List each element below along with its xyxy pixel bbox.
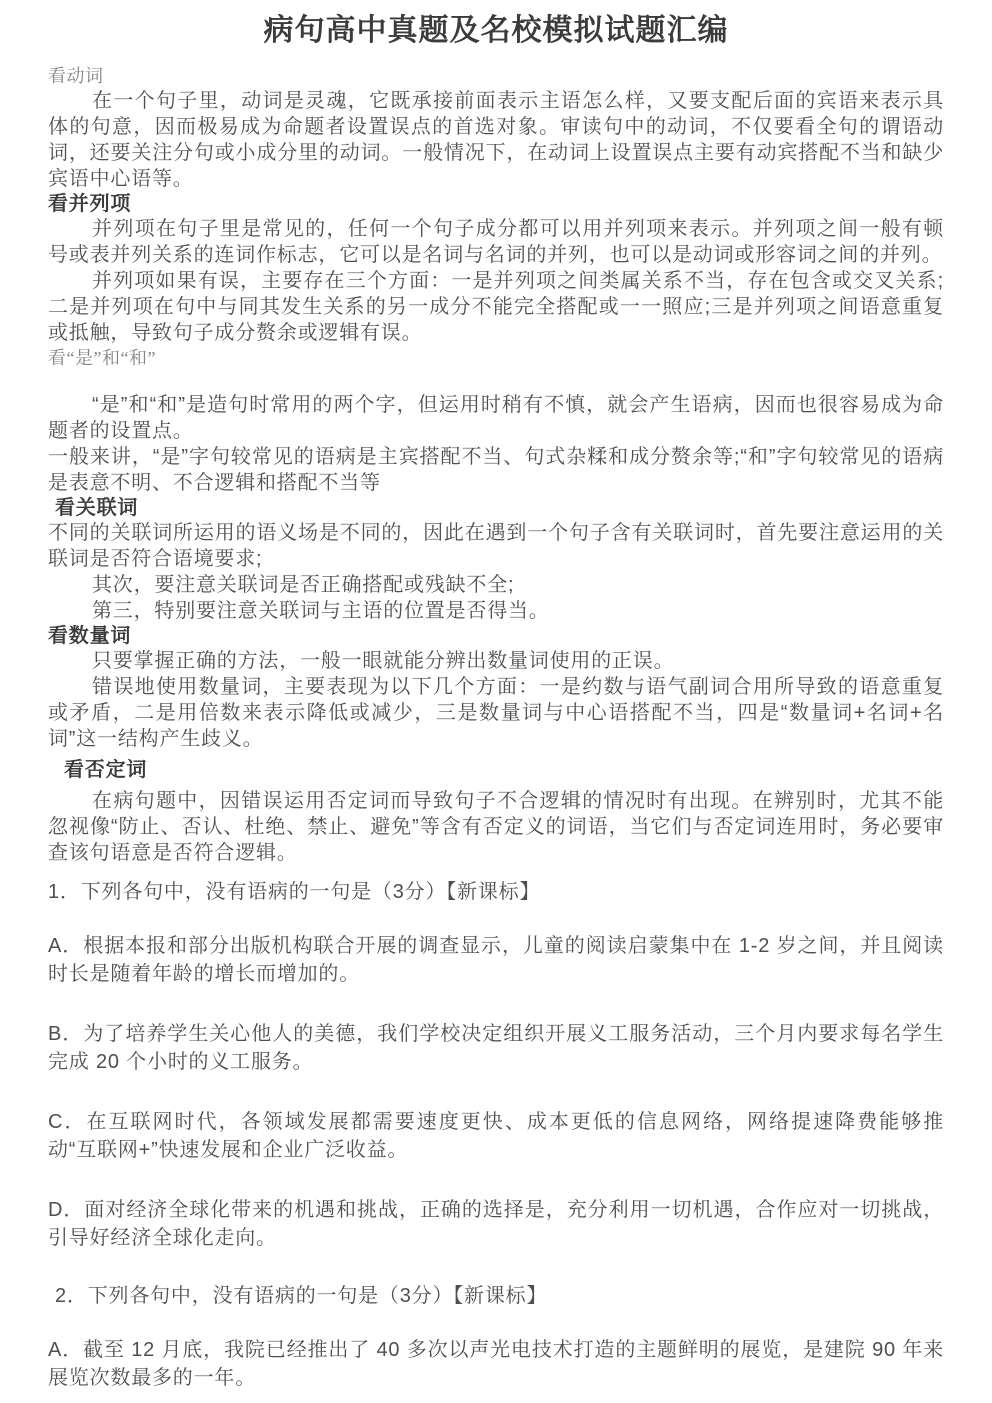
section-heading-shi-he: 看“是”和“和”	[48, 346, 944, 370]
paragraph-conjunctions-2: 其次，要注意关联词是否正确搭配或残缺不全;	[48, 572, 944, 598]
section-heading-quantifiers: 看数量词	[48, 624, 944, 648]
section-heading-conjunctions: 看关联词	[48, 496, 944, 520]
page-title: 病句高中真题及名校模拟试题汇编	[48, 12, 944, 50]
document-page: 病句高中真题及名校模拟试题汇编 看动词 在一个句子里，动词是灵魂，它既承接前面表…	[0, 0, 992, 1403]
question-1-stem: 1．下列各句中，没有语病的一句是（3分）【新课标】	[48, 878, 944, 906]
paragraph-negatives: 在病句题中，因错误运用否定词而导致句子不合逻辑的情况时有出现。在辨别时，尤其不能…	[48, 788, 944, 866]
paragraph-quantifiers-2: 错误地使用数量词，主要表现为以下几个方面：一是约数与语气副词合用所导致的语意重复…	[48, 674, 944, 752]
question-2-option-a: A．截至 12 月底，我院已经推出了 40 多次以声光电技术打造的主题鲜明的展览…	[48, 1336, 944, 1392]
paragraph-quantifiers-1: 只要掌握正确的方法，一般一眼就能分辨出数量词使用的正误。	[48, 648, 944, 674]
section-heading-verbs: 看动词	[48, 64, 944, 88]
section-heading-negatives: 看否定词	[48, 758, 944, 782]
paragraph-shi-he-1: “是”和“和”是造句时常用的两个字，但运用时稍有不慎，就会产生语病，因而也很容易…	[48, 392, 944, 444]
paragraph-conjunctions-1: 不同的关联词所运用的语义场是不同的，因此在遇到一个句子含有关联词时，首先要注意运…	[48, 520, 944, 572]
paragraph-conjunctions-3: 第三，特别要注意关联词与主语的位置是否得当。	[48, 598, 944, 624]
paragraph-verbs: 在一个句子里，动词是灵魂，它既承接前面表示主语怎么样，又要支配后面的宾语来表示具…	[48, 88, 944, 192]
question-2-stem: 2．下列各句中，没有语病的一句是（3分）【新课标】	[48, 1282, 944, 1310]
document-body: 看动词 在一个句子里，动词是灵魂，它既承接前面表示主语怎么样，又要支配后面的宾语…	[48, 64, 944, 1392]
question-1-option-a: A．根据本报和部分出版机构联合开展的调查显示，儿童的阅读启蒙集中在 1-2 岁之…	[48, 932, 944, 988]
question-2: 2．下列各句中，没有语病的一句是（3分）【新课标】 A．截至 12 月底，我院已…	[48, 1282, 944, 1392]
question-1-option-c: C．在互联网时代，各领域发展都需要速度更快、成本更低的信息网络，网络提速降费能够…	[48, 1108, 944, 1164]
question-1: 1．下列各句中，没有语病的一句是（3分）【新课标】 A．根据本报和部分出版机构联…	[48, 878, 944, 1252]
paragraph-shi-he-2: 一般来讲，“是”字句较常见的语病是主宾搭配不当、句式杂糅和成分赘余等;“和”字句…	[48, 444, 944, 496]
paragraph-parallel-1: 并列项在句子里是常见的，任何一个句子成分都可以用并列项来表示。并列项之间一般有顿…	[48, 216, 944, 268]
question-1-option-d: D．面对经济全球化带来的机遇和挑战，正确的选择是，充分利用一切机遇，合作应对一切…	[48, 1196, 944, 1252]
paragraph-parallel-2: 并列项如果有误，主要存在三个方面：一是并列项之间类属关系不当，存在包含或交叉关系…	[48, 268, 944, 346]
section-heading-parallel-items: 看并列项	[48, 192, 944, 216]
question-1-option-b: B．为了培养学生关心他人的美德，我们学校决定组织开展义工服务活动，三个月内要求每…	[48, 1020, 944, 1076]
